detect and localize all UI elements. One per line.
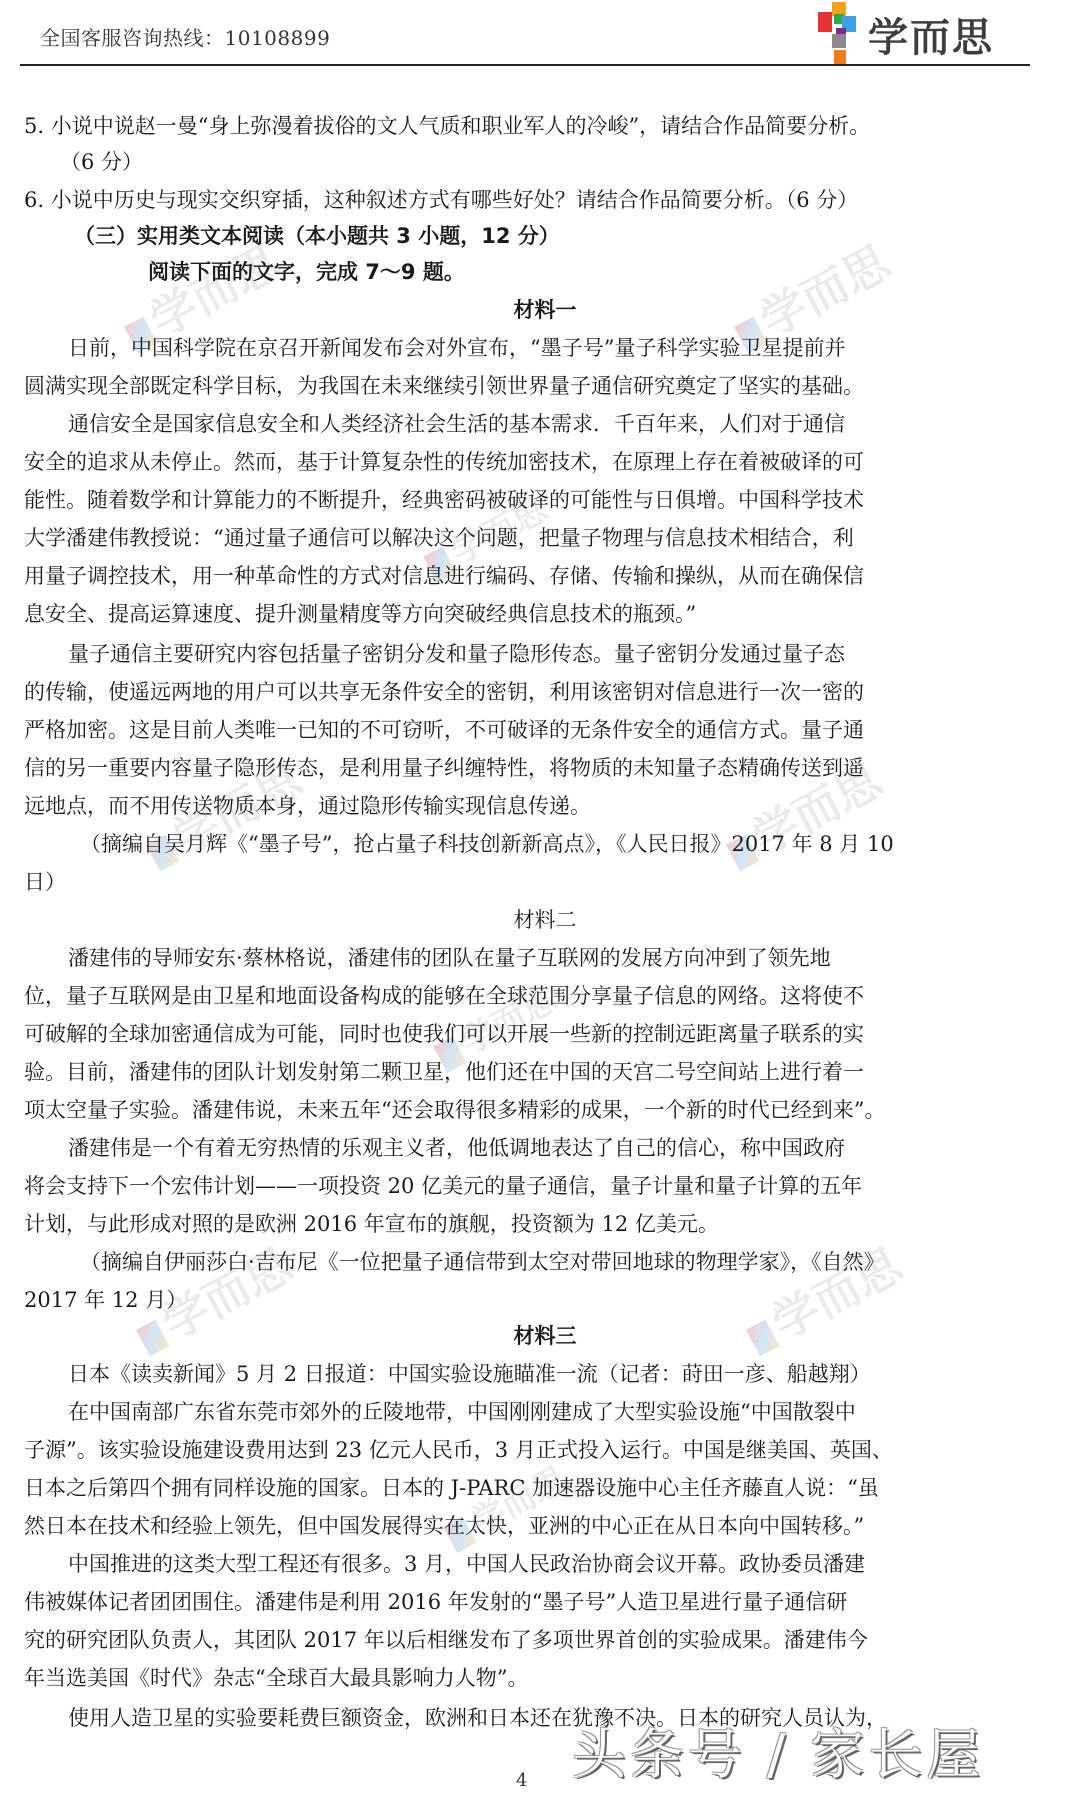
paragraph-line: 潘建伟的导师安东·蔡林格说，潘建伟的团队在量子互联网的发展方向冲到了领先地 [68,944,831,972]
citation-line: （摘编自伊丽莎白·吉布尼《一位把量子通信带到太空对带回地球的物理学家》，《自然》 [80,1248,885,1276]
hotline-text: 全国客服咨询热线：10108899 [40,22,330,51]
paragraph-line: 日本《读卖新闻》5 月 2 日报道：中国实验设施瞄准一流（记者：莳田一彦、船越翔… [68,1360,871,1388]
paragraph-line: 安全的追求从未停止。然而，基于计算复杂性的传统加密技术，在原理上存在着被破译的可 [24,448,864,476]
paragraph-line: 中国推进的这类大型工程还有很多。3 月，中国人民政治协商会议开幕。政协委员潘建 [68,1550,865,1578]
material-2-title: 材料二 [0,906,1080,934]
paragraph-line: 在中国南部广东省东莞市郊外的丘陵地带，中国刚刚建成了大型实验设施“中国散裂中 [68,1398,856,1426]
material-3-title: 材料三 [0,1322,1080,1350]
paragraph-line: 用量子调控技术，用一种革命性的方式对信息进行编码、存储、传输和操纵，从而在确保信 [24,562,864,590]
paragraph-line: 项太空量子实验。潘建伟说，未来五年“还会取得很多精彩的成果，一个新的时代已经到来… [24,1096,885,1124]
question-6: 6. 小说中历史与现实交织穿插，这种叙述方式有哪些好处？请结合作品简要分析。（6… [24,186,858,214]
section-instruction: 阅读下面的文字，完成 7～9 题。 [148,258,465,286]
citation-line: （摘编自吴月辉《“墨子号”，抢占量子科技创新新高点》，《人民日报》2017 年 … [80,830,894,858]
paragraph-line: 圆满实现全部既定科学目标，为我国在未来继续引领世界量子通信研究奠定了坚实的基础。 [24,372,864,400]
citation-line: 日） [24,868,66,896]
paragraph-line: 信的另一重要内容量子隐形传态，是利用量子纠缠特性，将物质的未知量子态精确传送到遥 [24,754,864,782]
paragraph-line: 子源”。该实验设施建设费用达到 23 亿元人民币，3 月正式投入运行。中国是继美… [24,1436,893,1464]
paragraph-line: 将会支持下一个宏伟计划——一项投资 20 亿美元的量子通信，量子计量和量子计算的… [24,1172,862,1200]
paragraph-line: 通信安全是国家信息安全和人类经济社会生活的基本需求．千百年来，人们对于通信 [68,410,845,438]
watermark-logo: 学而思 [436,1452,574,1556]
logo-text: 学而思 [868,6,994,63]
paragraph-line: 究的研究团队负责人，其团队 2017 年以后相继发布了多项世界首创的实验成果。潘… [24,1626,868,1654]
material-1-title: 材料一 [0,296,1080,324]
question-5: 5. 小说中说赵一曼“身上弥漫着拔俗的文人气质和职业军人的冷峻”，请结合作品简要… [24,112,870,140]
citation-line: 2017 年 12 月） [24,1286,187,1314]
question-5-score: （6 分） [60,148,143,176]
paragraph-line: 然日本在技术和经验上领先，但中国发展得实在太快，亚洲的中心正在从日本向中国转移。… [24,1512,864,1540]
paragraph-line: 可破解的全球加密通信成为可能，同时也使我们可以开展一些新的控制远距离量子联系的实 [24,1020,864,1048]
paragraph-line: 日本之后第四个拥有同样设施的国家。日本的 J-PARC 加速器设施中心主任齐藤直… [24,1474,879,1502]
paragraph-line: 日前，中国科学院在京召开新闻发布会对外宣布，“墨子号”量子科学实验卫星提前并 [68,334,845,362]
page-header: 全国客服咨询热线：10108899 学而思 [0,0,1080,66]
paragraph-line: 远地点，而不用传送物质本身，通过隐形传输实现信息传递。 [24,792,591,820]
paragraph-line: 严格加密。这是目前人类唯一已知的不可窃听，不可破译的无条件安全的通信方式。量子通 [24,716,864,744]
section-title: （三）实用类文本阅读（本小题共 3 小题，12 分） [74,222,560,250]
footer-watermark: 头条号 / 家长屋 [572,1712,985,1789]
paragraph-line: 潘建伟是一个有着无穷热情的乐观主义者，他低调地表达了自己的信心，称中国政府 [68,1134,845,1162]
header-divider [20,64,1030,66]
paragraph-line: 伟被媒体记者团团围住。潘建伟是利用 2016 年发射的“墨子号”人造卫星进行量子… [24,1588,847,1616]
brand-logo: 学而思 [810,2,1040,64]
paragraph-line: 的传输，使遥远两地的用户可以共享无条件安全的密钥，利用该密钥对信息进行一次一密的 [24,678,864,706]
paragraph-line: 能性。随着数学和计算能力的不断提升，经典密码被破译的可能性与日俱增。中国科学技术 [24,486,864,514]
paragraph-line: 年当选美国《时代》杂志“全球百大最具影响力人物”。 [24,1664,528,1692]
paragraph-line: 验。目前，潘建伟的团队计划发射第二颗卫星，他们还在中国的天宫二号空间站上进行着一 [24,1058,864,1086]
paragraph-line: 大学潘建伟教授说：“通过量子通信可以解决这个问题，把量子物理与信息技术相结合，利 [24,524,854,552]
paragraph-line: 量子通信主要研究内容包括量子密钥分发和量子隐形传态。量子密钥分发通过量子态 [68,640,845,668]
page-number: 4 [516,1770,527,1791]
paragraph-line: 位，量子互联网是由卫星和地面设备构成的能够在全球范围分享量子信息的网络。这将使不 [24,982,864,1010]
logo-mark-icon [810,2,860,64]
paragraph-line: 计划，与此形成对照的是欧洲 2016 年宣布的旗舰，投资额为 12 亿美元。 [24,1210,719,1238]
paragraph-line: 息安全、提高运算速度、提升测量精度等方向突破经典信息技术的瓶颈。” [24,600,696,628]
